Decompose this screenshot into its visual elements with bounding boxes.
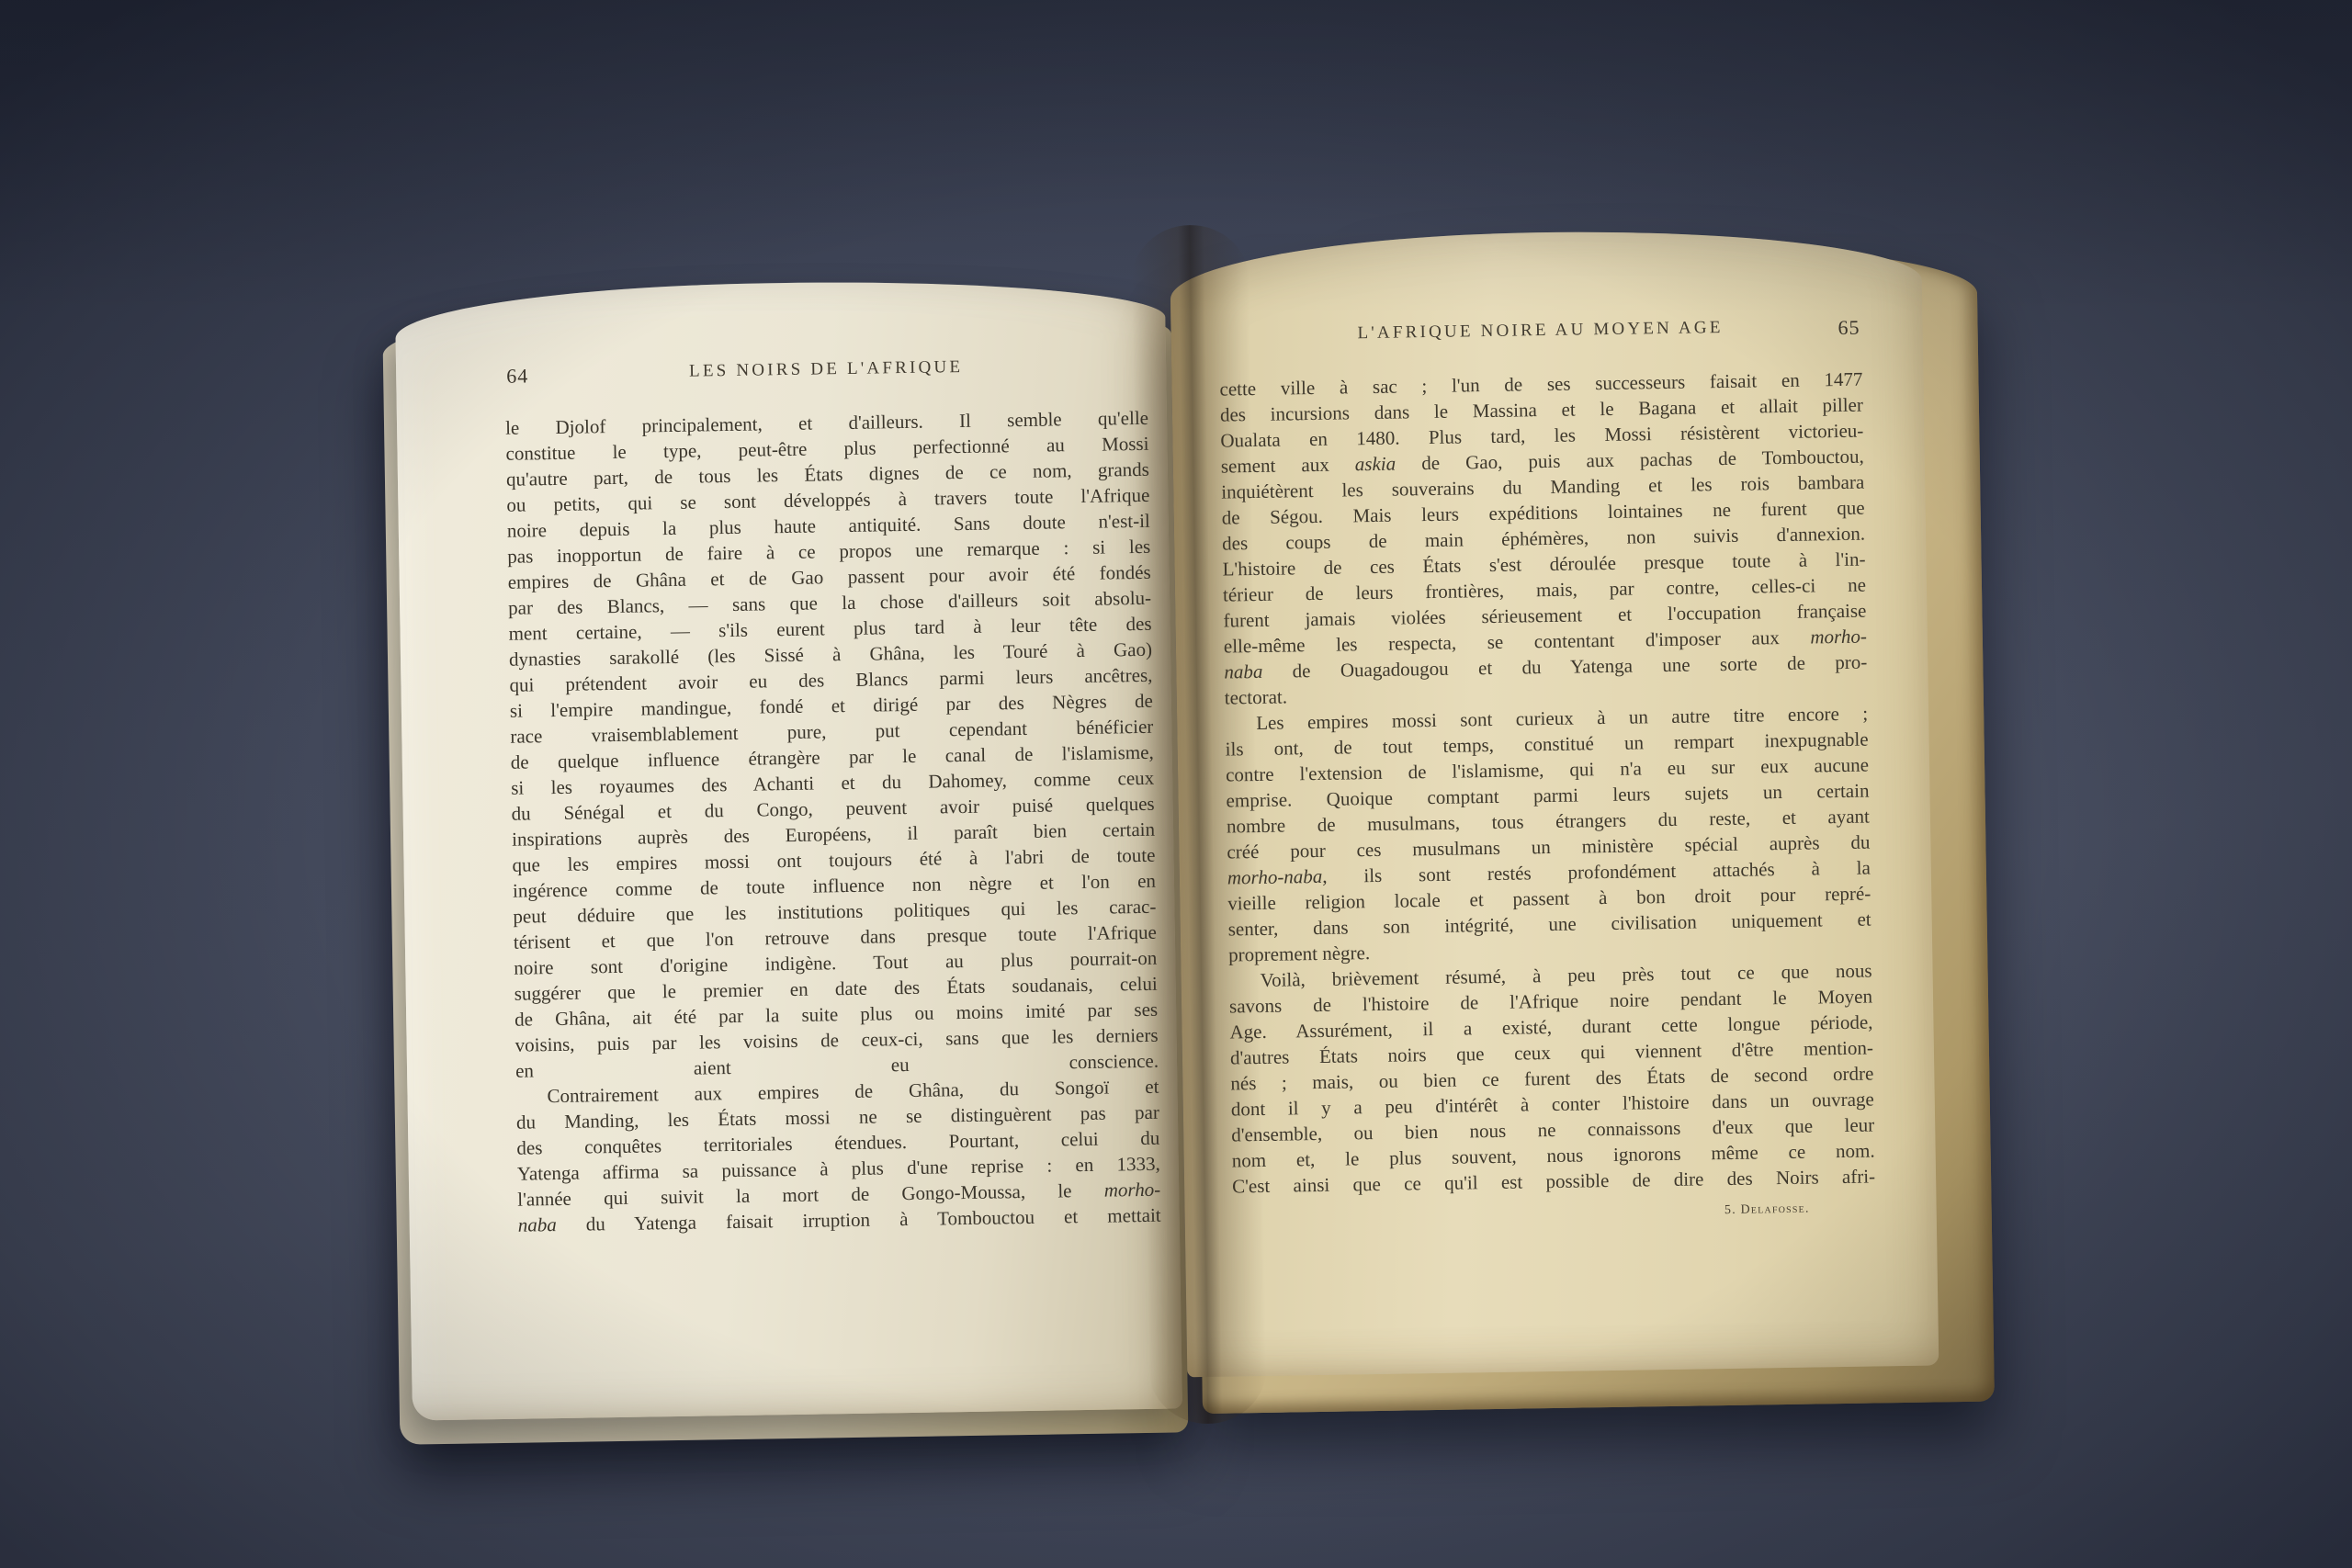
photo-background: 64 LES NOIRS DE L'AFRIQUE le Djolof prin… [0, 0, 2352, 1568]
left-running-head: 64 LES NOIRS DE L'AFRIQUE [504, 355, 1148, 389]
open-book: 64 LES NOIRS DE L'AFRIQUE le Djolof prin… [372, 212, 2026, 1441]
left-body-text: le Djolof principalement, et d'ailleurs.… [505, 405, 1161, 1238]
right-running-head: 65 L'AFRIQUE NOIRE AU MOYEN AGE [1218, 316, 1861, 350]
left-page-number: 64 [506, 364, 528, 388]
right-body-text: cette ville à sac ; l'un de ses successe… [1219, 367, 1875, 1200]
right-page-text-block: 65 L'AFRIQUE NOIRE AU MOYEN AGE cette vi… [1218, 316, 1875, 1226]
printer-signature-mark: 5. Delafosse. [1233, 1201, 1876, 1225]
book-page-right: 65 L'AFRIQUE NOIRE AU MOYEN AGE cette vi… [1170, 227, 1939, 1378]
right-page-number: 65 [1837, 316, 1860, 340]
book-page-left: 64 LES NOIRS DE L'AFRIQUE le Djolof prin… [395, 277, 1182, 1421]
right-running-title: L'AFRIQUE NOIRE AU MOYEN AGE [1218, 316, 1861, 346]
left-running-title: LES NOIRS DE L'AFRIQUE [504, 355, 1148, 385]
left-page-text-block: 64 LES NOIRS DE L'AFRIQUE le Djolof prin… [504, 355, 1161, 1238]
